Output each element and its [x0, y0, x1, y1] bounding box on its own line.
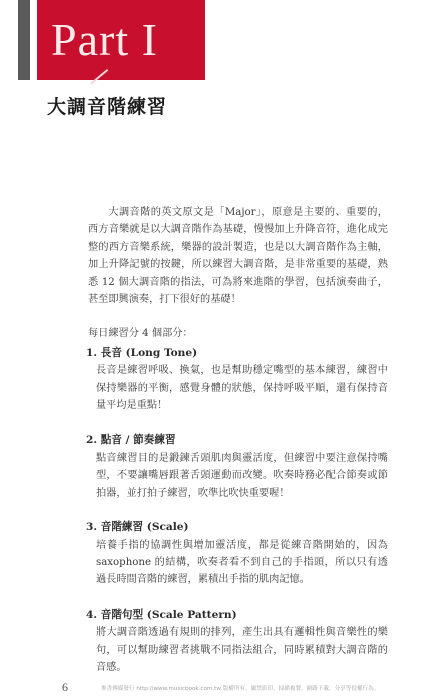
section-heading: 2. 點音 / 節奏練習	[86, 432, 388, 449]
body-text: 大調音階的英文原文是「Major」，原意是主要的、重要的，西方音樂就是以大調音階…	[88, 204, 388, 676]
section-text: 長音是練習呼吸、換氣，也是幫助穩定嘴型的基本練習，練習中保持樂器的平衡，感覺身體…	[96, 362, 388, 414]
part-banner: Part I	[37, 0, 205, 80]
section-heading: 1. 長音 (Long Tone)	[86, 345, 388, 362]
section-text: 點音練習目的是鍛鍊舌頭肌肉與靈活度，但練習中要注意保持嘴型，不要讓嘴唇跟著舌頭運…	[96, 450, 388, 502]
chapter-title: 大調音階練習	[47, 92, 167, 119]
section-scale: 3. 音階練習 (Scale) 培養手指的協調性與增加靈活度，都是從練音階開始的…	[88, 519, 388, 589]
section-text: 將大調音階透過有規則的排列，產生出具有邏輯性與音樂性的樂句，可以幫助練習者挑戰不…	[96, 624, 388, 676]
copyright-note: 麥書傳媒發行 http://www.musicbook.com.tw 版權所有，…	[101, 684, 379, 692]
section-long-tone: 1. 長音 (Long Tone) 長音是練習呼吸、換氣，也是幫助穩定嘴型的基本…	[88, 345, 388, 415]
lead-line: 每日練習分 4 個部分：	[88, 325, 388, 342]
section-tonguing: 2. 點音 / 節奏練習 點音練習目的是鍛鍊舌頭肌肉與靈活度，但練習中要注意保持…	[88, 432, 388, 502]
section-scale-pattern: 4. 音階句型 (Scale Pattern) 將大調音階透過有規則的排列，產生…	[88, 607, 388, 677]
decorative-slash	[90, 69, 108, 85]
section-text: 培養手指的協調性與增加靈活度，都是從練音階開始的，因為 saxophone 的結…	[96, 537, 388, 589]
section-heading: 3. 音階練習 (Scale)	[86, 519, 388, 536]
page-number: 6	[62, 680, 68, 695]
part-label: Part I	[51, 12, 158, 68]
section-heading: 4. 音階句型 (Scale Pattern)	[86, 607, 388, 624]
intro-paragraph: 大調音階的英文原文是「Major」，原意是主要的、重要的，西方音樂就是以大調音階…	[88, 204, 388, 308]
side-accent-bar	[18, 0, 30, 80]
